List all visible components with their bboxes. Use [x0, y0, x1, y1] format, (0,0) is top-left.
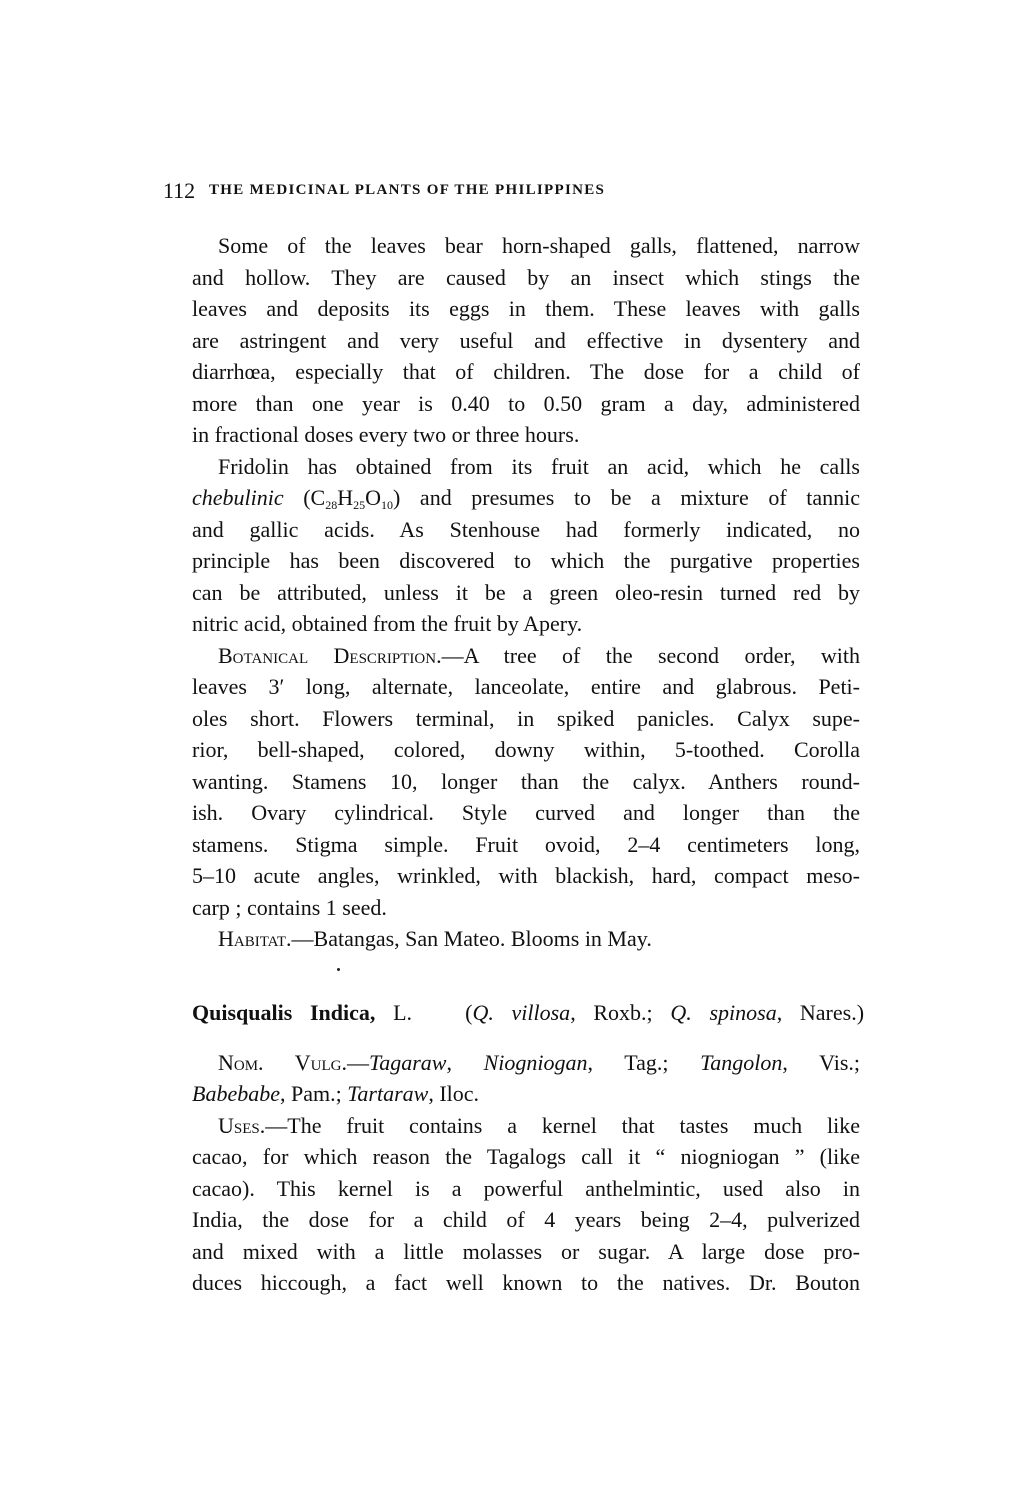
text-line: Uses.—The fruit contains a kernel that t…: [218, 1110, 860, 1141]
text-line: oles short. Flowers terminal, in spiked …: [192, 703, 860, 734]
chemical-formula: (C28H25O10): [303, 485, 400, 510]
section-label-nom-vulg: Nom. Vulg.: [218, 1050, 347, 1075]
text-line: leaves 3′ long, alternate, lanceolate, e…: [192, 671, 860, 702]
text-line: principle has been discovered to which t…: [192, 545, 860, 576]
species-heading: Quisqualis Indica, L. (Q. villosa, Roxb.…: [192, 997, 864, 1028]
text-line: leaves and deposits its eggs in them. Th…: [192, 293, 860, 324]
running-title: THE MEDICINAL PLANTS OF THE PHILIPPINES: [209, 182, 605, 199]
text-line: wanting. Stamens 10, longer than the cal…: [192, 766, 860, 797]
section-label-uses: Uses.: [218, 1113, 265, 1138]
text-line: are astringent and very useful and effec…: [192, 325, 860, 356]
stray-mark: [337, 968, 340, 971]
section-label-habitat: Habitat.: [218, 926, 292, 951]
text-line: rior, bell-shaped, colored, downy within…: [192, 734, 860, 765]
text-line: India, the dose for a child of 4 years b…: [192, 1204, 860, 1235]
text-line: duces hiccough, a fact well known to the…: [192, 1267, 860, 1298]
text-line: Habitat.—Batangas, San Mateo. Blooms in …: [218, 923, 860, 954]
text-line: and hollow. They are caused by an insect…: [192, 262, 860, 293]
text-line: and gallic acids. As Stenhouse had forme…: [192, 514, 860, 545]
text-line: cacao, for which reason the Tagalogs cal…: [192, 1141, 860, 1172]
text-line: cacao). This kernel is a powerful anthel…: [192, 1173, 860, 1204]
chemical-name: chebulinic: [192, 485, 284, 510]
text-line: stamens. Stigma simple. Fruit ovoid, 2–4…: [192, 829, 860, 860]
running-header: 112 THE MEDICINAL PLANTS OF THE PHILIPPI…: [163, 178, 863, 208]
text-line: in fractional doses every two or three h…: [192, 419, 860, 450]
book-page: 112 THE MEDICINAL PLANTS OF THE PHILIPPI…: [0, 0, 1010, 1506]
text-line: and mixed with a little molasses or suga…: [192, 1236, 860, 1267]
text-line: more than one year is 0.40 to 0.50 gram …: [192, 388, 860, 419]
text-line: diarrhœa, especially that of children. T…: [192, 356, 860, 387]
text-line: Fridolin has obtained from its fruit an …: [218, 451, 860, 482]
section-label-botanical: Botanical Description.: [218, 643, 442, 668]
text-line: Babebabe, Pam.; Tartaraw, Iloc.: [192, 1078, 860, 1109]
text-line: carp ; contains 1 seed.: [192, 892, 860, 923]
text-line: Some of the leaves bear horn-shaped gall…: [218, 230, 860, 261]
page-number: 112: [163, 178, 195, 204]
text-line: ish. Ovary cylindrical. Style curved and…: [192, 797, 860, 828]
text-line: Nom. Vulg.—Tagaraw, Niogniogan, Tag.; Ta…: [218, 1047, 860, 1078]
species-name: Quisqualis Indica,: [192, 1000, 375, 1025]
text-line: Botanical Description.—A tree of the sec…: [218, 640, 860, 671]
text-line: nitric acid, obtained from the fruit by …: [192, 608, 860, 639]
text-line: 5–10 acute angles, wrinkled, with blacki…: [192, 860, 860, 891]
text-line: can be attributed, unless it be a green …: [192, 577, 860, 608]
text-line-formula: chebulinic (C28H25O10) and presumes to b…: [192, 482, 860, 513]
